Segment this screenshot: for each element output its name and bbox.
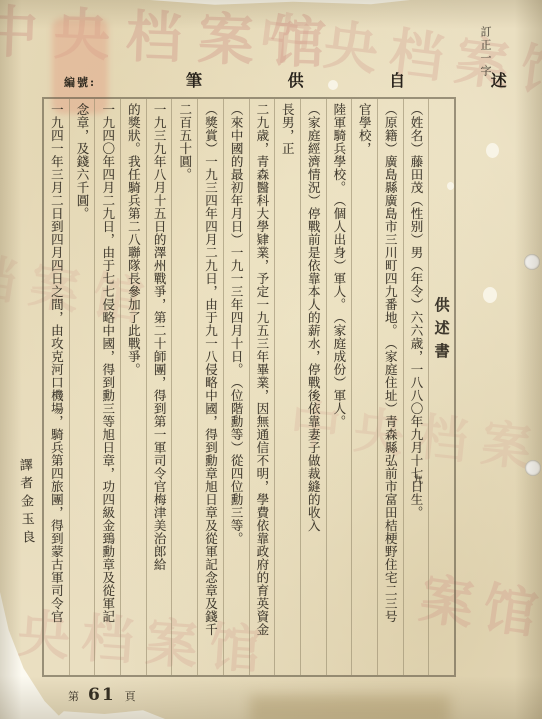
form-column: ︵家庭經濟情況︶停戰前是依靠本人的薪水，停戰後依靠妻子做裁縫的收入: [301, 99, 327, 675]
column-text: 二九歳，青森醫科大學肄業，予定一九五三年畢業，因無通信不明，學費依靠政府的育英資…: [250, 99, 274, 675]
form-column: 一九四〇年四月二九日，由于七七侵略中國，得到勳三等旭日章，功四級金鵄勳章及從軍記: [95, 99, 121, 675]
column-text: 一九四〇年四月二九日，由于七七侵略中國，得到勳三等旭日章，功四級金鵄勳章及從軍記: [96, 99, 120, 675]
column-text: 二百五十圓。: [173, 99, 197, 675]
form-column: ︵原籍︶廣島縣廣島市三川町四九番地。︵家庭住址︶青森縣弘前市富田桔梗野住宅二三号: [378, 99, 404, 675]
form-column: ︵姓名︶藤田茂︵性别︶男︵年令︶六六歳，一八八〇年九月十七日生。: [404, 99, 430, 675]
torn-edge: [150, 0, 410, 6]
form-column: 陸軍騎兵學校。︵個人出身︶軍人。︵家庭成份︶軍人。: [327, 99, 353, 675]
scanned-confession-page: 中央档案馆 中央档案馆 档案馆 中央档案馆 中央档案馆 案馆 編號: 筆 供 自…: [0, 0, 542, 719]
column-text: ︵家庭經濟情況︶停戰前是依靠本人的薪水，停戰後依靠妻子做裁縫的收入: [301, 99, 325, 675]
form-column: ︵文化程度︶青年中學畢業了。︵軍事學校名︶廣島陸軍地方幼年學校，陸軍中央幼年學校…: [352, 99, 378, 675]
form-column: 二百五十圓。: [172, 99, 198, 675]
page-number: 61: [88, 685, 116, 705]
form-column: ︵家庭人口情況︶母，妈沙︵譯音︶，九一歳︵一九五〇年通信尚不明︶。妻，壽代子，五…: [275, 99, 301, 675]
page-number-prefix: 第: [68, 688, 79, 704]
punch-hole: [525, 460, 541, 476]
birth-year-correction: 九: [413, 471, 423, 486]
page-number-suffix: 頁: [125, 688, 136, 704]
column-text: 陸軍騎兵學校。︵個人出身︶軍人。︵家庭成份︶軍人。: [327, 99, 351, 675]
torn-edge: [55, 708, 165, 719]
form-column: ︵來中國的最初年月日︶一九一三年四月十日。︵位階勳等︶從四位勳三等。: [224, 99, 250, 675]
form-column: 一九三九年八月十五日的澤州戰爭，第二十師團，得到第一軍司令官梅津美治郎給: [147, 99, 173, 675]
form-column: 的獎狀。我任騎兵第二八聯隊長參加了此戰爭。: [121, 99, 147, 675]
paper-damage-spot: [447, 182, 454, 190]
paper-damage-spot: [483, 287, 497, 303]
column-text: 的獎狀。我任騎兵第二八聯隊長參加了此戰爭。: [121, 99, 145, 675]
form-column: ︵獎賞︶一九三四年四月二九日，由于九一八侵略中國，得到勳章旭日章及從軍記念章及錢…: [198, 99, 224, 675]
column-text: 一九三九年八月十五日的澤州戰爭，第二十師團，得到第一軍司令官梅津美治郎給: [147, 99, 171, 675]
form-column: 念章，及錢六千圓。: [70, 99, 96, 675]
column-text: ︵姓名︶藤田茂︵性别︶男︵年令︶六六歳，一八八〇年九月十七日生。: [404, 99, 428, 675]
column-text: ︵家庭人口情況︶母，妈沙︵譯音︶，九一歳︵一九五〇年通信尚不明︶。妻，壽代子，五…: [275, 99, 301, 675]
paper-damage-spot: [486, 143, 499, 158]
correction-note: 訂正一字: [477, 26, 493, 78]
page-footer: 第 61 頁: [68, 685, 136, 705]
column-text: ︵文化程度︶青年中學畢業了。︵軍事學校名︶廣島陸軍地方幼年學校，陸軍中央幼年學校…: [352, 99, 378, 675]
column-text: ︵來中國的最初年月日︶一九一三年四月十日。︵位階勳等︶從四位勳三等。: [224, 99, 248, 675]
serial-number-label: 編號:: [64, 74, 96, 90]
column-text: ︵獎賞︶一九三四年四月二九日，由于九一八侵略中國，得到勳章旭日章及從軍記念章及錢…: [198, 99, 222, 675]
column-text: 一九四一年三月二日到四月四日之間，由攻克河口機場，騎兵第四旅團，得到蒙古軍司令官: [44, 99, 68, 675]
confession-form-grid: 一九四一年三月二日到四月四日之間，由攻克河口機場，騎兵第四旅團，得到蒙古軍司令官…: [42, 97, 456, 677]
punch-hole: [524, 254, 540, 270]
translator-note: 譯者金玉良: [14, 458, 36, 549]
bottom-stain: [250, 695, 450, 719]
column-text: ︵原籍︶廣島縣廣島市三川町四九番地。︵家庭住址︶青森縣弘前市富田桔梗野住宅二三号: [378, 99, 402, 675]
archive-watermark: 中央档案馆: [255, 0, 542, 111]
paper-damage-spot: [328, 80, 338, 90]
column-text: 念章，及錢六千圓。: [70, 99, 94, 675]
form-column: 二九歳，青森醫科大學肄業，予定一九五三年畢業，因無通信不明，學費依靠政府的育英資…: [250, 99, 276, 675]
form-column: 一九四一年三月二日到四月四日之間，由攻克河口機場，騎兵第四旅團，得到蒙古軍司令官: [44, 99, 70, 675]
